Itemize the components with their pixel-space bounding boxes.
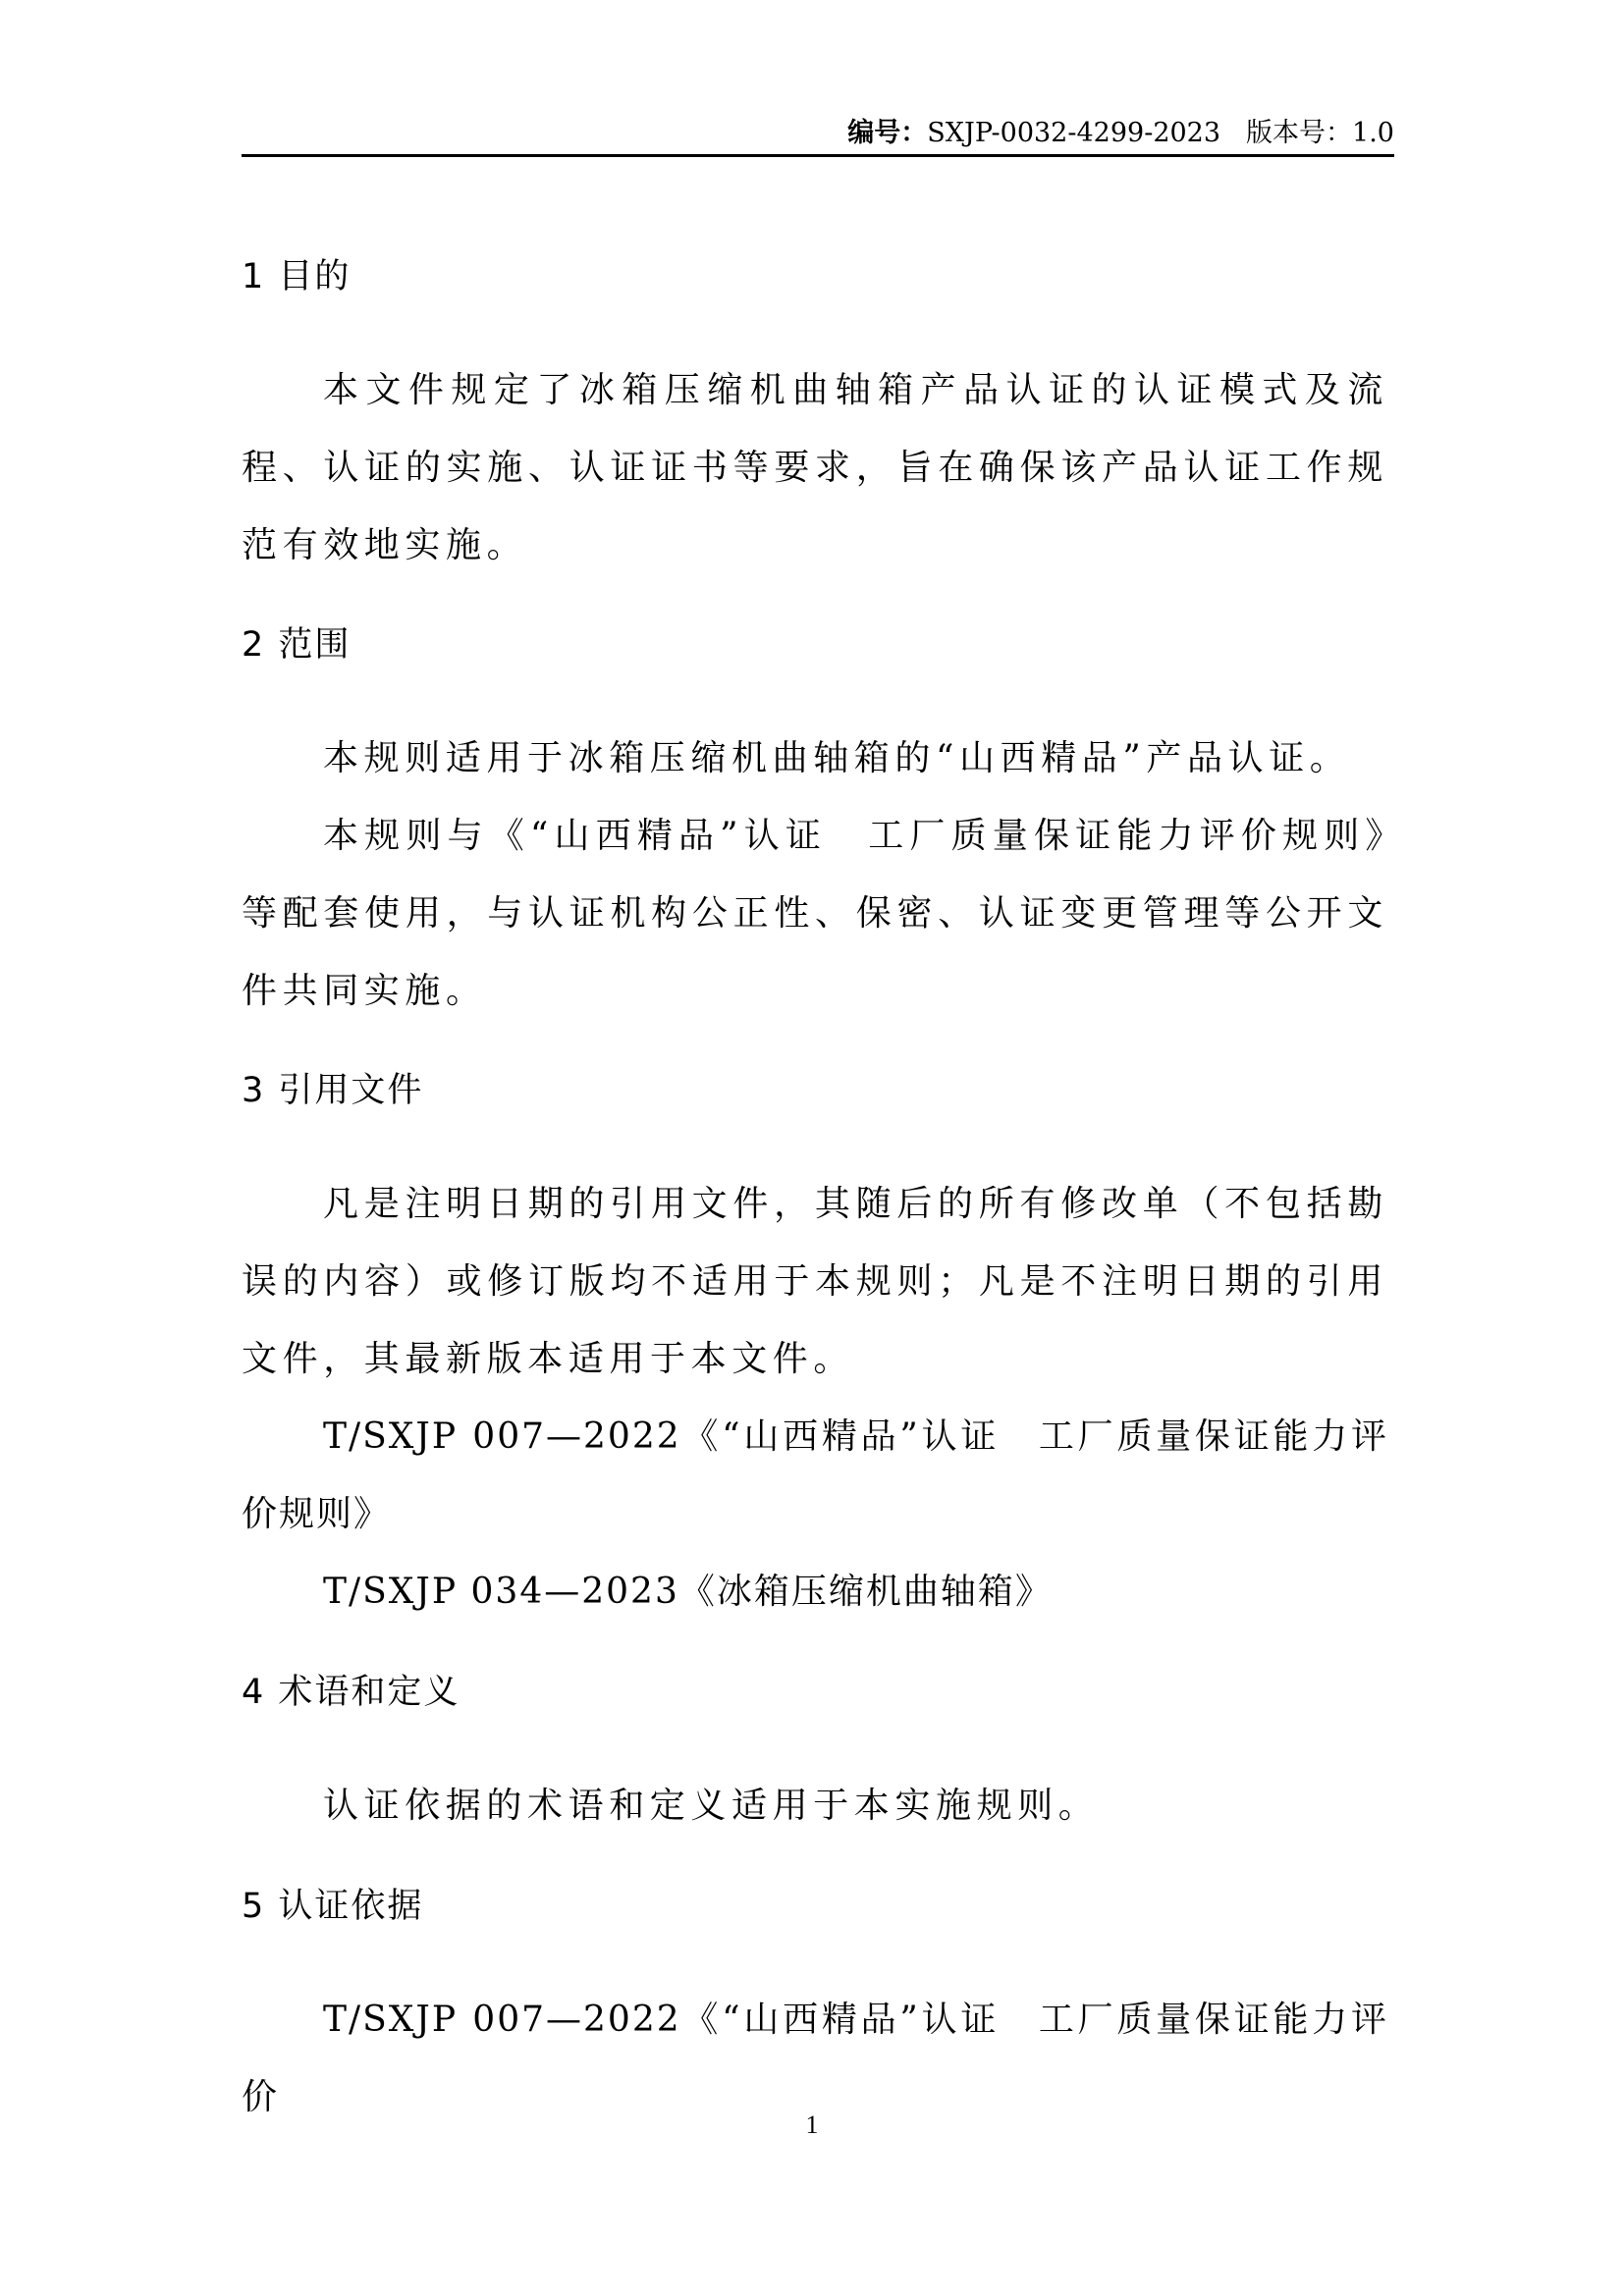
reference-item-2: T/SXJP 034—2023《冰箱压缩机曲轴箱》 bbox=[242, 1553, 1388, 1630]
reference-item-1: T/SXJP 007—2022《“山西精品”认证 工厂质量保证能力评价规则》 bbox=[242, 1398, 1388, 1553]
section-heading-terms: 4 术语和定义 bbox=[242, 1663, 1388, 1722]
paragraph-scope-2: 本规则与《“山西精品”认证 工厂质量保证能力评价规则》等配套使用，与认证机构公正… bbox=[242, 797, 1388, 1030]
page-header: 编号：SXJP-0032-4299-2023版本号：1.0 bbox=[242, 116, 1394, 151]
document-number-label: 编号： bbox=[847, 118, 927, 148]
paragraph-purpose: 本文件规定了冰箱压缩机曲轴箱产品认证的认证模式及流程、认证的实施、认证证书等要求… bbox=[242, 351, 1388, 584]
section-heading-scope: 2 范围 bbox=[242, 615, 1388, 674]
version-number: 1.0 bbox=[1352, 118, 1394, 148]
document-page: 编号：SXJP-0032-4299-2023版本号：1.0 1 目的 本文件规定… bbox=[0, 0, 1624, 2296]
version-label: 版本号： bbox=[1246, 118, 1352, 148]
section-heading-references: 3 引用文件 bbox=[242, 1061, 1388, 1120]
document-number: SXJP-0032-4299-2023 bbox=[927, 118, 1220, 148]
paragraph-references-intro: 凡是注明日期的引用文件，其随后的所有修改单（不包括勘误的内容）或修订版均不适用于… bbox=[242, 1165, 1388, 1398]
section-heading-purpose: 1 目的 bbox=[242, 247, 1388, 306]
paragraph-scope-1: 本规则适用于冰箱压缩机曲轴箱的“山西精品”产品认证。 bbox=[242, 720, 1388, 797]
section-heading-basis: 5 认证依据 bbox=[242, 1877, 1388, 1936]
page-number: 1 bbox=[0, 2110, 1624, 2140]
header-divider bbox=[242, 154, 1394, 157]
paragraph-terms: 认证依据的术语和定义适用于本实施规则。 bbox=[242, 1767, 1388, 1844]
